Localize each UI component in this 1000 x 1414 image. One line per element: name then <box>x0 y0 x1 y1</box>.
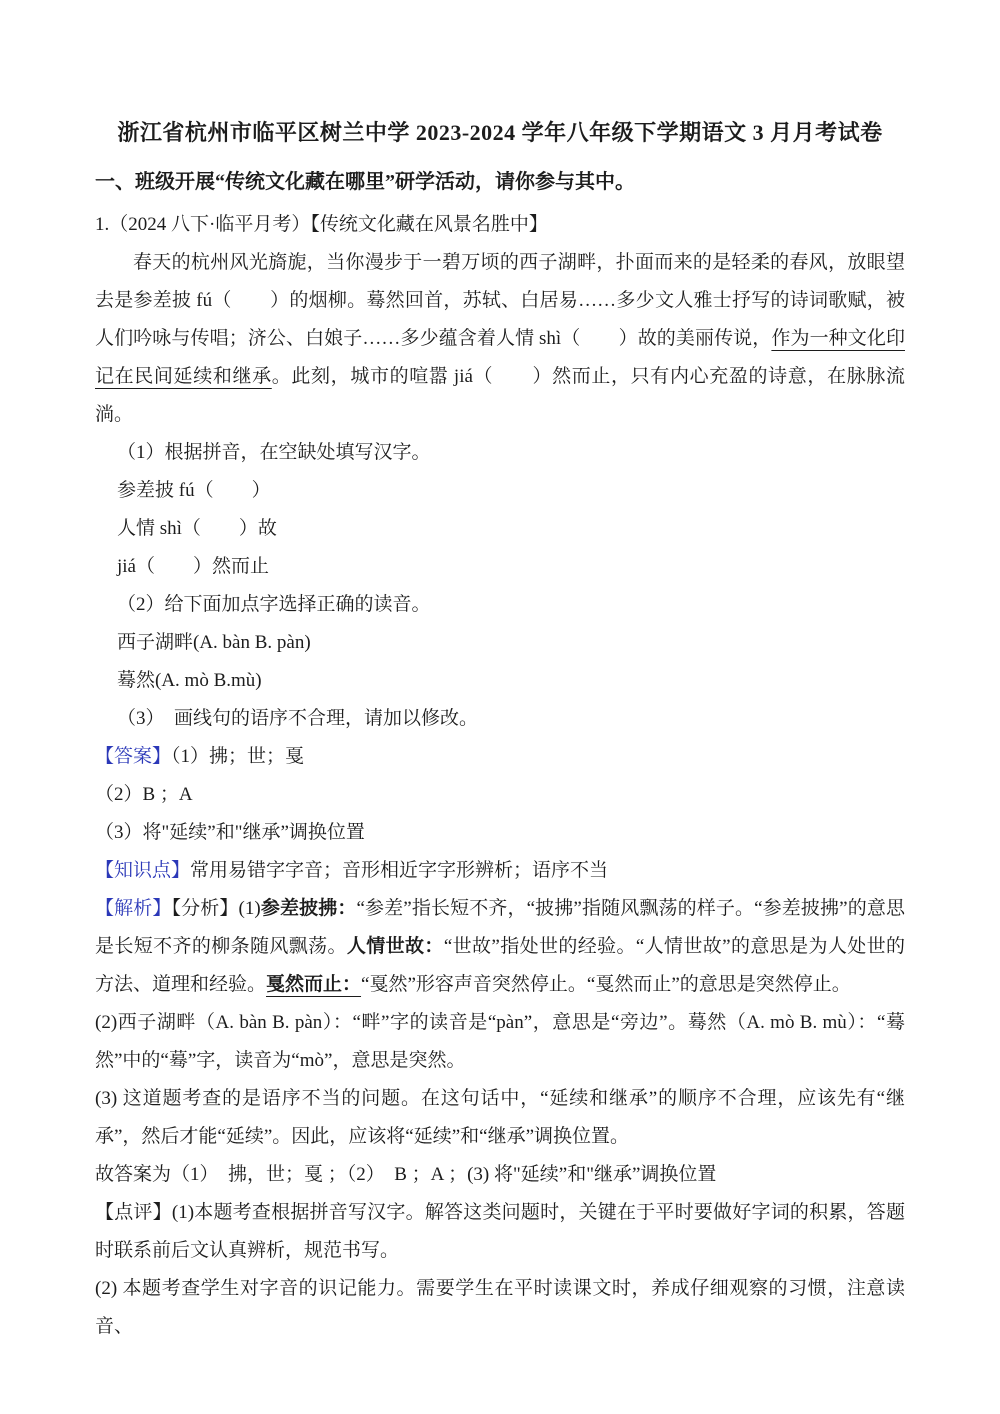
analysis-paragraph-1: 【解析】【分析】(1)参差披拂：“参差”指长短不齐，“披拂”指随风飘荡的样子。“… <box>95 890 905 1004</box>
answer-label: 【答案】 <box>95 746 171 767</box>
knowledge-points-text: 常用易错字字音；音形相近字字形辨析；语序不当 <box>190 860 608 881</box>
section-heading: 一、班级开展“传统文化藏在哪里”研学活动，请你参与其中。 <box>95 162 905 202</box>
pinyin-item-1: 参差披 fú（ ） <box>95 472 905 510</box>
sub-question-3: （3） 画线句的语序不合理，请加以修改。 <box>95 700 905 738</box>
answer-1-text: （1）拂；世；戛 <box>171 746 304 767</box>
answer-line-3: （3）将"延续”和"继承”调换位置 <box>95 814 905 852</box>
comment-paragraph-1: 【点评】(1)本题考查根据拼音写汉字。解答这类问题时，关键在于平时要做好字词的积… <box>95 1194 905 1270</box>
pinyin-item-3: jiá（ ）然而止 <box>95 548 905 586</box>
analysis-term-3: 戛然而止： <box>266 974 361 995</box>
knowledge-points-label: 【知识点】 <box>95 860 190 881</box>
analysis-sublabel: 【分析】 <box>172 898 239 919</box>
passage: 春天的杭州风光旖旎，当你漫步于一碧万顷的西子湖畔，扑面而来的是轻柔的春风，放眼望… <box>95 244 905 434</box>
analysis-term-1: 参差披拂： <box>261 898 357 919</box>
analysis-term-3-explanation: “戛然”形容声音突然停止。“戛然而止”的意思是突然停止。 <box>361 974 851 995</box>
pronunciation-item-2: 蓦然(A. mò B.mù) <box>95 662 905 700</box>
analysis-item-number: (1) <box>239 898 261 919</box>
answer-line-1: 【答案】（1）拂；世；戛 <box>95 738 905 776</box>
analysis-paragraph-3: (3) 这道题考查的是语序不当的问题。在这句话中，“延续和继承”的顺序不合理，应… <box>95 1080 905 1156</box>
pronunciation-item-1: 西子湖畔(A. bàn B. pàn) <box>95 624 905 662</box>
analysis-paragraph-2: (2)西子湖畔（A. bàn B. pàn）：“畔”字的读音是“pàn”，意思是… <box>95 1004 905 1080</box>
sub-question-2: （2）给下面加点字选择正确的读音。 <box>95 586 905 624</box>
comment-paragraph-2: (2) 本题考查学生对字音的识记能力。需要学生在平时读课文时，养成仔细观察的习惯… <box>95 1270 905 1346</box>
comment-1-text: (1)本题考查根据拼音写汉字。解答这类问题时，关键在于平时要做好字词的积累，答题… <box>95 1202 905 1261</box>
pinyin-item-2: 人情 shì（ ）故 <box>95 510 905 548</box>
exam-document: 浙江省杭州市临平区树兰中学 2023-2024 学年八年级下学期语文 3 月月考… <box>0 0 1000 1414</box>
comment-label: 【点评】 <box>95 1202 172 1223</box>
question-intro: 1.（2024 八下·临平月考）【传统文化藏在风景名胜中】 <box>95 206 905 244</box>
knowledge-points-line: 【知识点】常用易错字字音；音形相近字字形辨析；语序不当 <box>95 852 905 890</box>
analysis-conclusion: 故答案为（1） 拂，世；戛 ；（2） B ；A ；(3) 将"延续”和"继承”调… <box>95 1156 905 1194</box>
sub-question-1: （1）根据拼音，在空缺处填写汉字。 <box>95 434 905 472</box>
analysis-label: 【解析】 <box>95 898 172 919</box>
answer-line-2: （2）B ；A <box>95 776 905 814</box>
exam-title: 浙江省杭州市临平区树兰中学 2023-2024 学年八年级下学期语文 3 月月考… <box>95 112 905 154</box>
analysis-term-2: 人情世故： <box>347 936 444 957</box>
